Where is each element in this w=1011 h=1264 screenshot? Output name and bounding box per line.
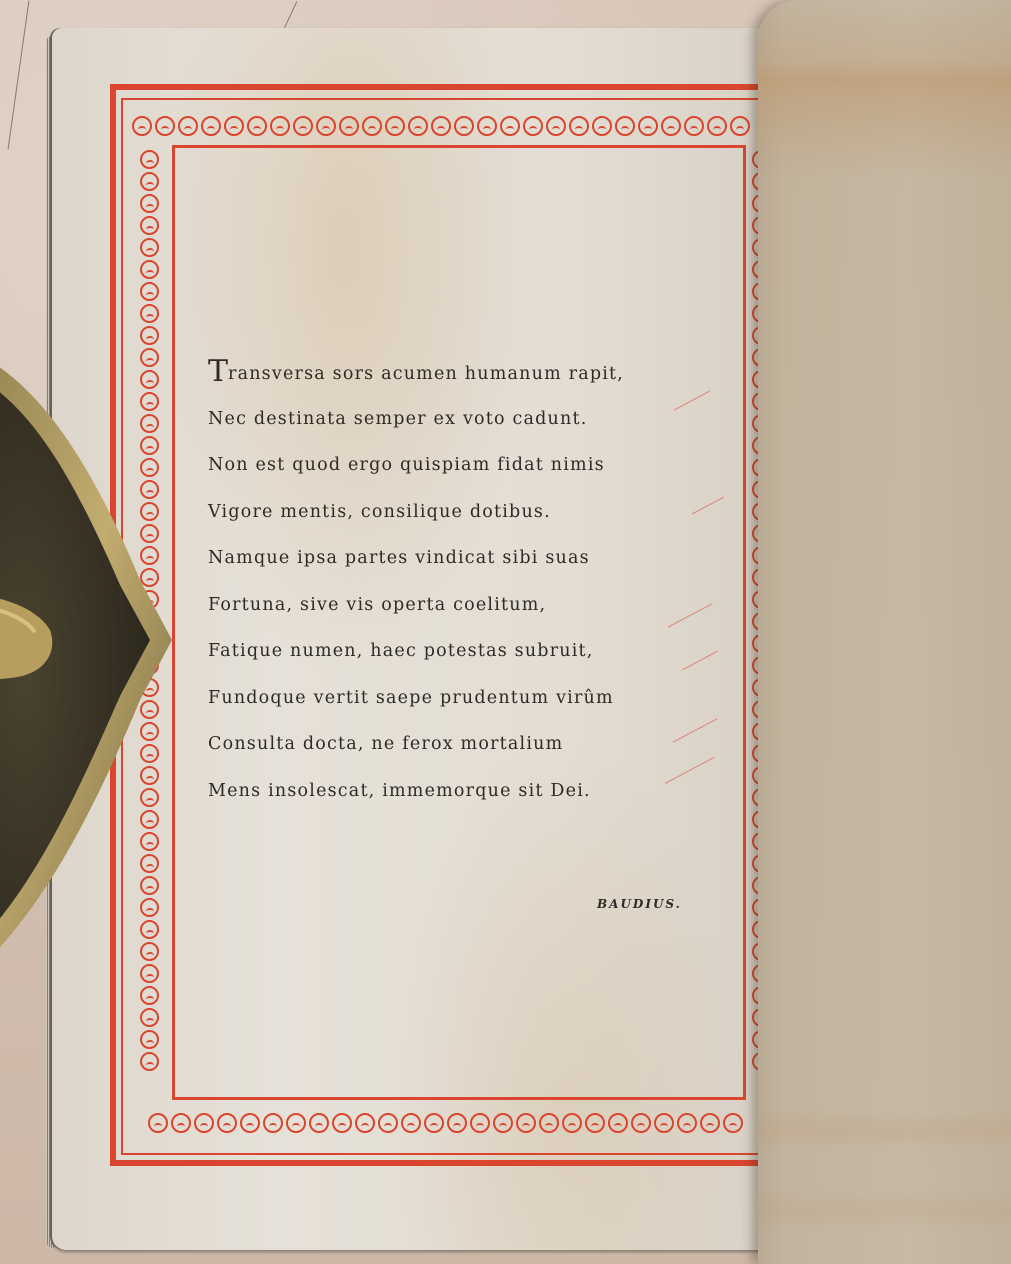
bead-ornament [615,116,635,136]
bead-ornament [140,1052,159,1071]
bead-ornament [500,116,520,136]
bead-ornament [493,1113,513,1133]
bead-ornament [140,1008,159,1027]
bead-ornament [454,116,474,136]
bead-ornament [723,1113,743,1133]
bead-ornament [332,1113,352,1133]
bead-ornament [378,1113,398,1133]
bead-ornament [385,116,405,136]
bead-ornament [201,116,221,136]
bead-ornament [523,116,543,136]
bead-ornament [224,116,244,136]
bead-ornament [700,1113,720,1133]
verse-line: Namque ipsa partes vindicat sibi suas [208,548,728,595]
bead-ornament [539,1113,559,1133]
bead-ornament [140,238,159,257]
bead-border-top [132,116,750,136]
bead-ornament [569,116,589,136]
poem-text: Transversa sors acumen humanum rapit, Ne… [208,362,728,827]
facing-page-stain [758,1110,1011,1150]
bead-ornament [148,1113,168,1133]
bead-ornament [194,1113,214,1133]
bead-ornament [516,1113,536,1133]
bead-ornament [431,116,451,136]
bead-ornament [140,282,159,301]
author-signature: BAUDIUS. [597,897,682,911]
verse-line: Consulta docta, ne ferox mortalium [208,734,728,781]
bead-ornament [171,1113,191,1133]
bead-ornament [140,260,159,279]
bead-ornament [339,116,359,136]
bead-ornament [631,1113,651,1133]
verse-line: Nec destinata semper ex voto cadunt. [208,409,728,456]
bead-ornament [424,1113,444,1133]
bead-ornament [240,1113,260,1133]
bead-ornament [355,1113,375,1133]
bead-ornament [707,116,727,136]
bead-ornament [293,116,313,136]
brass-clasp-icon [0,340,176,1000]
bead-ornament [677,1113,697,1133]
facing-page [758,0,1011,1264]
bead-ornament [140,172,159,191]
bead-ornament [140,1030,159,1049]
bead-ornament [286,1113,306,1133]
bead-ornament [470,1113,490,1133]
bead-ornament [608,1113,628,1133]
bead-ornament [654,1113,674,1133]
bead-ornament [546,116,566,136]
bead-ornament [270,116,290,136]
bead-ornament [401,1113,421,1133]
bead-ornament [132,116,152,136]
bead-ornament [140,304,159,323]
bead-ornament [217,1113,237,1133]
bead-ornament [592,116,612,136]
bead-ornament [585,1113,605,1133]
bead-ornament [140,194,159,213]
bead-ornament [684,116,704,136]
bead-ornament [263,1113,283,1133]
verse-line: Vigore mentis, consilique dotibus. [208,502,728,549]
bead-ornament [447,1113,467,1133]
facing-page-stain [758,60,1011,100]
facing-page-stain [758,1190,1011,1230]
bead-ornament [661,116,681,136]
bead-ornament [247,116,267,136]
bead-ornament [178,116,198,136]
verse-line: Mens insolescat, immemorque sit Dei. [208,781,728,828]
surface-crack [284,1,298,29]
surface-crack [8,1,30,150]
verse-line: Fortuna, sive vis operta coelitum, [208,595,728,642]
bead-ornament [316,116,336,136]
verse-line: Fundoque vertit saepe prudentum virûm [208,688,728,735]
bead-ornament [477,116,497,136]
verse-line: Non est quod ergo quispiam fidat nimis [208,455,728,502]
bead-ornament [140,150,159,169]
bead-ornament [730,116,750,136]
bead-ornament [562,1113,582,1133]
bead-border-bottom [148,1113,743,1133]
verse-line: Fatique numen, haec potestas subruit, [208,641,728,688]
bead-ornament [638,116,658,136]
bead-ornament [309,1113,329,1133]
verse-line: Transversa sors acumen humanum rapit, [208,362,728,409]
drop-cap: T [208,354,228,389]
bead-ornament [155,116,175,136]
bead-ornament [362,116,382,136]
bead-ornament [408,116,428,136]
bead-ornament [140,216,159,235]
